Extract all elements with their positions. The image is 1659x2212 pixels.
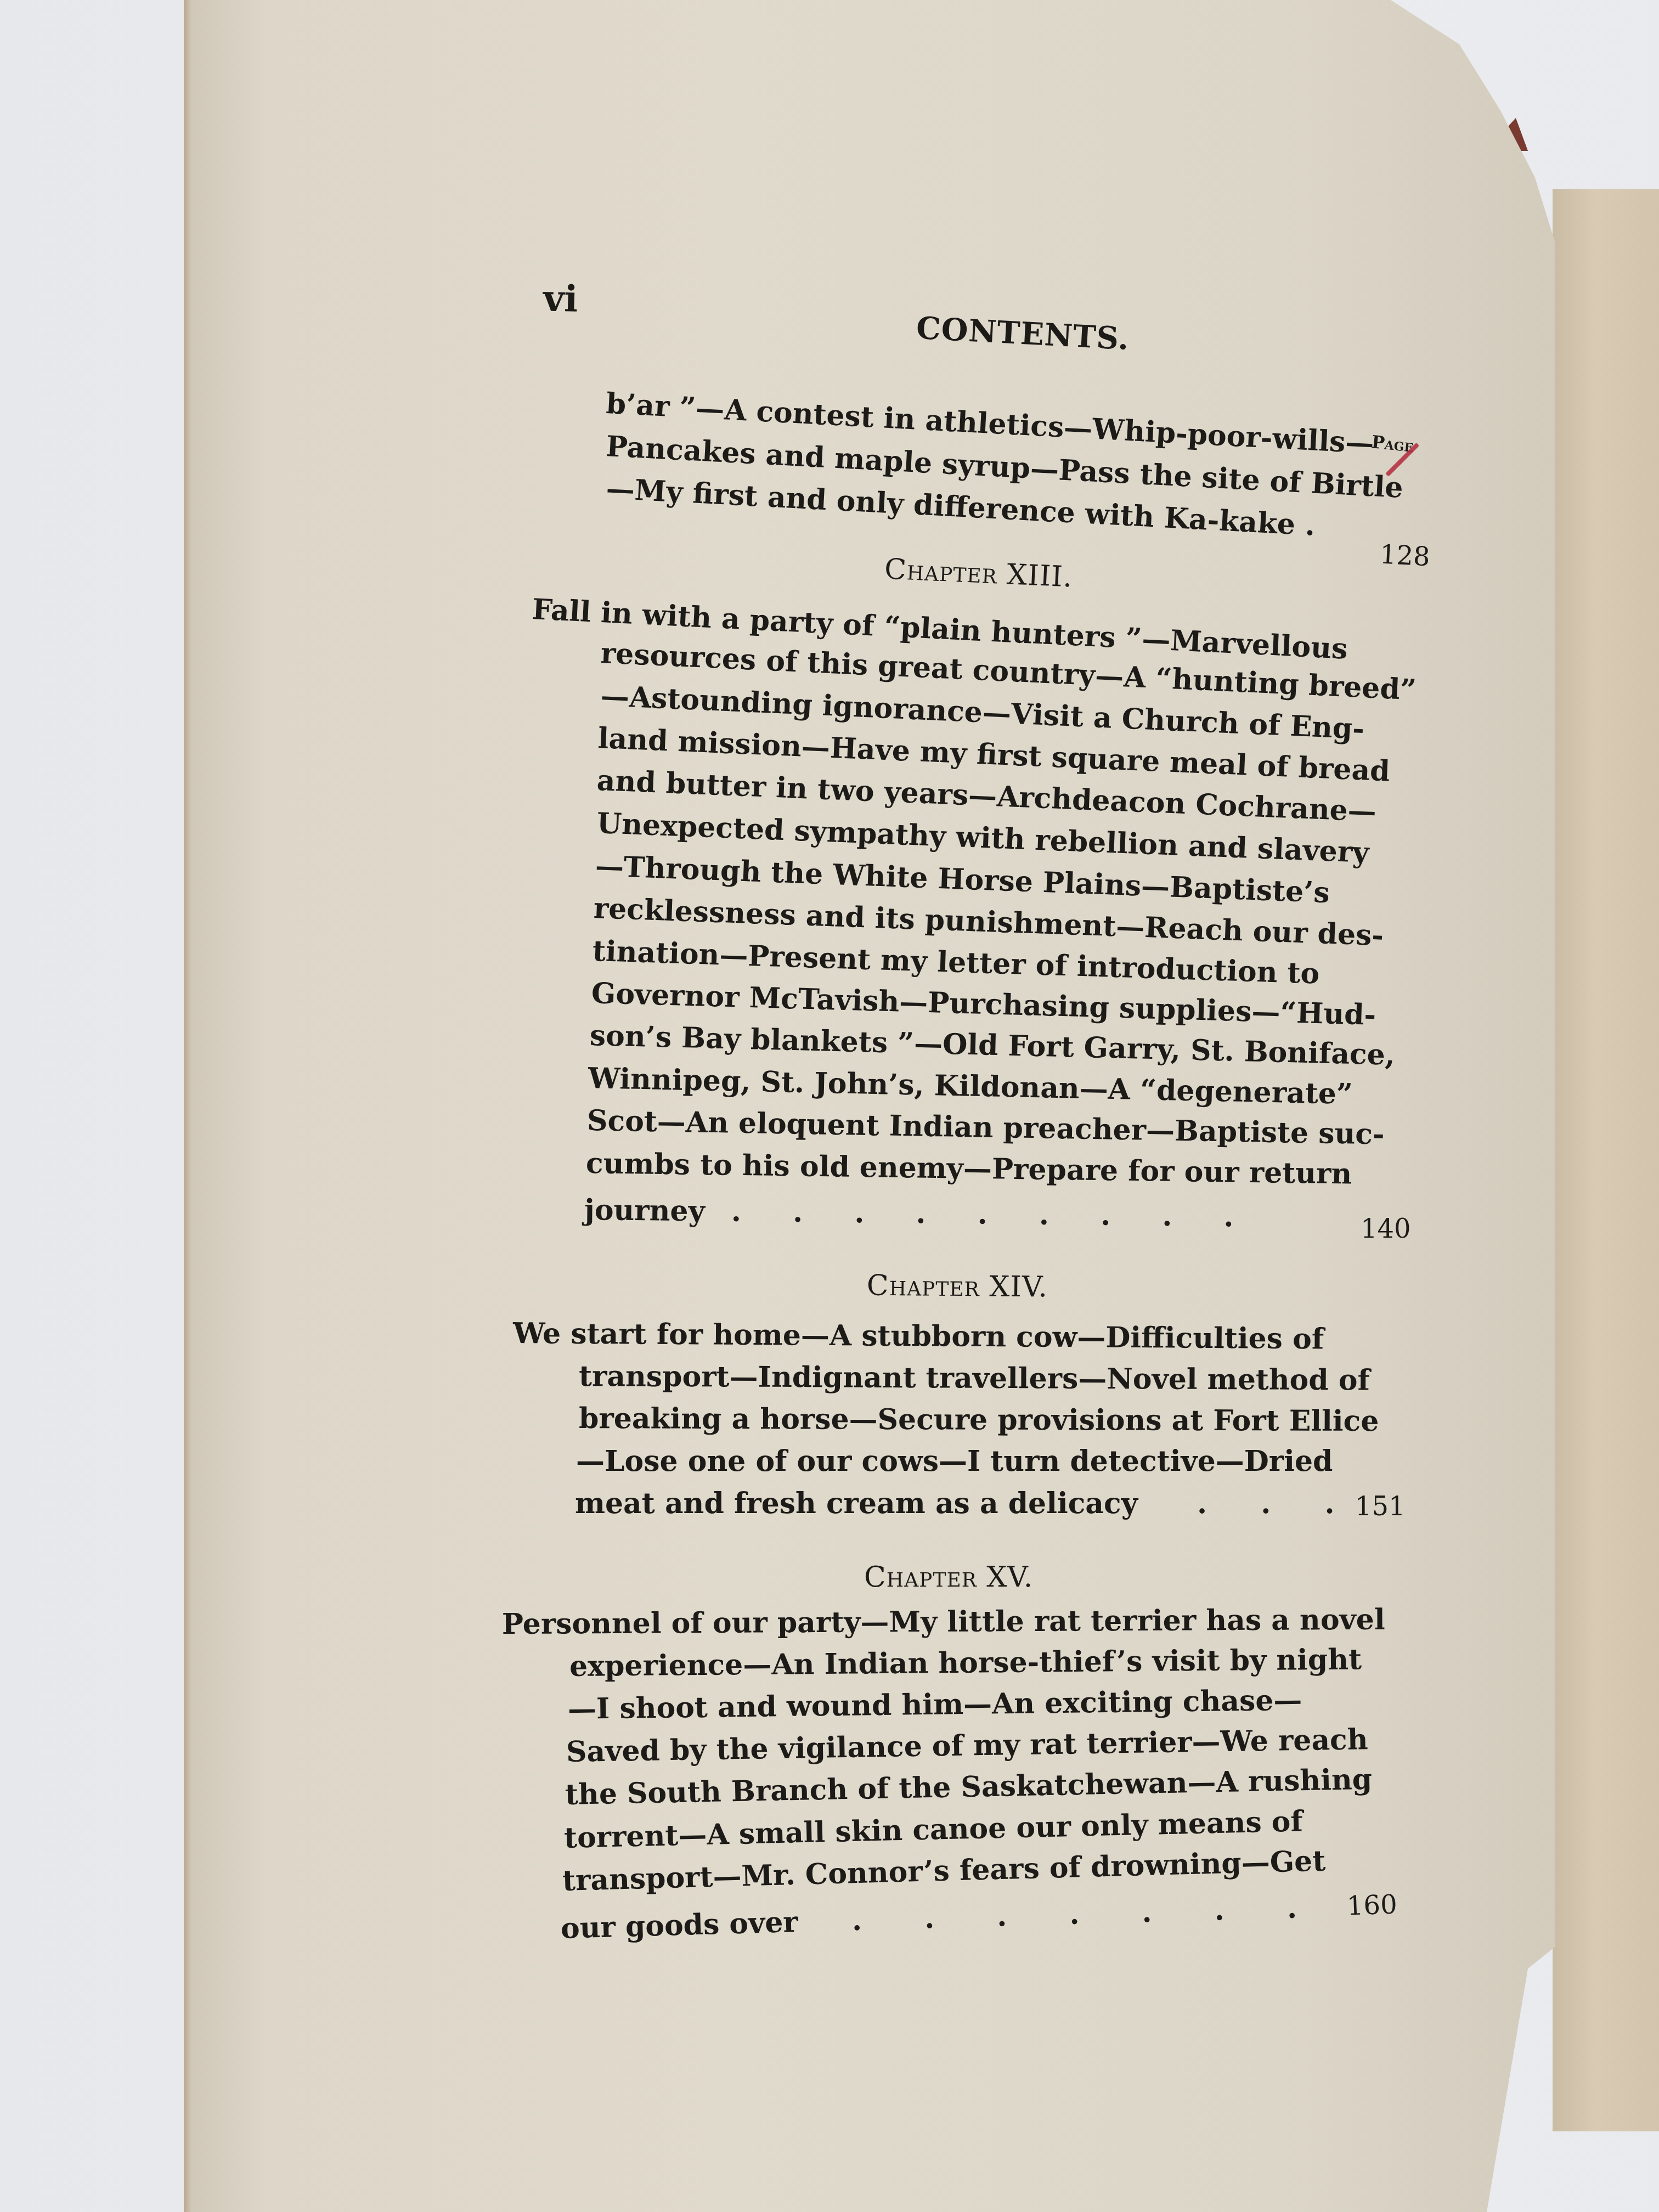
page-ref: 151	[1355, 1491, 1406, 1522]
toc-line: Winnipeg, St. John’s, Kildonan—A “degene…	[588, 1064, 1353, 1109]
toc-line: transport—Mr. Connor’s fears of drowning…	[562, 1847, 1326, 1895]
toc-line: —Lose one of our cows—I turn detective—D…	[576, 1447, 1333, 1476]
chapter-heading: Chapter XV.	[864, 1561, 1033, 1594]
page-ref: 128	[1379, 539, 1431, 573]
toc-line: the South Branch of the Saskatchewan—A r…	[565, 1765, 1373, 1809]
toc-line-text: journey	[584, 1193, 705, 1228]
page-ref: 160	[1346, 1889, 1398, 1921]
toc-line: journey . . . . . . . . .	[584, 1196, 1255, 1232]
chapter-heading: Chapter XIV.	[867, 1269, 1048, 1304]
toc-line: transport—Indignant travellers—Novel met…	[579, 1362, 1370, 1395]
toc-line: Saved by the vigilance of my rat terrier…	[566, 1725, 1368, 1767]
toc-line: We start for home—A stubborn cow—Difficu…	[513, 1319, 1324, 1353]
toc-line: our goods over . . . . . . .	[560, 1893, 1323, 1943]
page-number: vi	[543, 276, 578, 320]
toc-line: Scot—An eloquent Indian preacher—Baptist…	[587, 1107, 1385, 1149]
toc-line: Personnel of our party—My little rat ter…	[502, 1606, 1385, 1639]
dot-leader: . . .	[1197, 1487, 1357, 1520]
page-ref: 140	[1361, 1214, 1411, 1244]
dot-leader: . . . . . . .	[851, 1891, 1324, 1937]
toc-line-text: meat and fresh cream as a delicacy	[575, 1487, 1138, 1520]
toc-line: —I shoot and wound him—An exciting chase…	[568, 1686, 1302, 1724]
toc-line: breaking a horse—Secure provisions at Fo…	[579, 1404, 1379, 1436]
running-head: CONTENTS.	[916, 310, 1131, 357]
toc-line: cumbs to his old enemy—Prepare for our r…	[586, 1149, 1352, 1188]
toc-line: torrent—A small skin canoe our only mean…	[563, 1807, 1303, 1853]
toc-line: meat and fresh cream as a delicacy . . .	[575, 1489, 1357, 1518]
chapter-heading: Chapter XIII.	[884, 553, 1074, 594]
toc-line-text: our goods over	[560, 1905, 798, 1945]
toc-line: experience—An Indian horse-thief’s visit…	[569, 1645, 1362, 1681]
contents-page-text: vi CONTENTS. Page b’ar ”—A contest in at…	[0, 0, 1659, 2212]
dot-leader: . . . . . . . . .	[731, 1195, 1255, 1234]
